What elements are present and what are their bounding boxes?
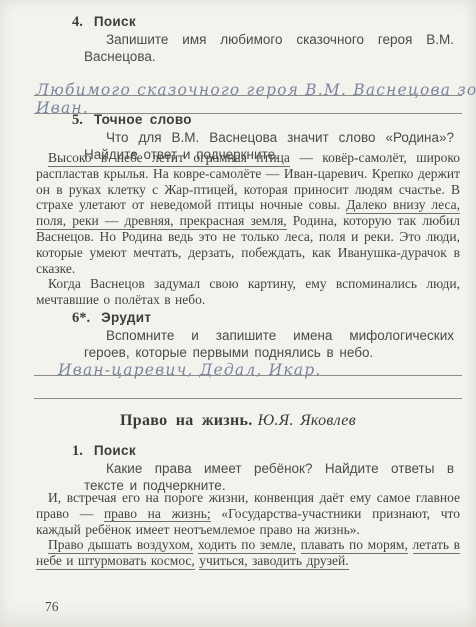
- answer-area-1: Любимого сказочного героя В.М. Васнецова…: [34, 77, 462, 114]
- passage-paragraph: И, встречая его на пороге жизни, конвенц…: [36, 490, 460, 537]
- passage-text: [408, 537, 413, 552]
- underlined-phrase: Высоко в небе летит огромная птица: [48, 150, 290, 167]
- passage-paragraph: Высоко в небе летит огромная птица — ков…: [36, 150, 460, 276]
- task-4: 4. Поиск Запишите имя любимого сказочног…: [72, 14, 454, 65]
- rights-passage: И, встречая его на пороге жизни, конвенц…: [36, 490, 460, 569]
- vasnetsov-passage: Высоко в небе летит огромная птица — ков…: [36, 150, 460, 308]
- task-5-header: 5. Точное слово: [72, 112, 454, 129]
- task-4-title: Поиск: [94, 14, 136, 29]
- task-5-number: 5.: [72, 112, 83, 129]
- task-5-title: Точное слово: [94, 112, 192, 127]
- task-4-body: Запишите имя любимого сказочного героя В…: [84, 32, 454, 65]
- passage-text: [296, 537, 301, 552]
- underlined-phrase: ходить по земле,: [198, 537, 296, 554]
- underlined-phrase: плавать по морям,: [301, 537, 408, 554]
- answer-area-2: Иван-царевич, Дедал, Икар.: [34, 354, 462, 399]
- story-title: Право на жизнь.Ю.Я. Яковлев: [0, 412, 476, 430]
- page-number: 76: [45, 599, 59, 615]
- task-1-header: 1. Поиск: [72, 443, 454, 460]
- underlined-phrase: учиться, заводить друзей.: [199, 553, 348, 570]
- task-1: 1. Поиск Какие права имеет ребёнок? Найд…: [72, 443, 454, 494]
- task-6-header: 6*. Эрудит: [72, 310, 454, 327]
- task-6-number: 6*.: [72, 310, 90, 327]
- passage-paragraph: Когда Васнецов задумал свою картину, ему…: [36, 276, 460, 308]
- workbook-page: 4. Поиск Запишите имя любимого сказочног…: [0, 0, 476, 627]
- underlined-phrase: Право дышать воздухом,: [48, 537, 193, 554]
- answer-blank-line[interactable]: Любимого сказочного героя В.М. Васнецова…: [34, 77, 462, 96]
- task-4-header: 4. Поиск: [72, 14, 454, 31]
- task-1-number: 1.: [72, 443, 83, 460]
- task-6-title: Эрудит: [101, 310, 151, 325]
- task-4-number: 4.: [72, 14, 83, 31]
- underlined-phrase: право на жизнь;: [104, 506, 211, 523]
- answer-blank-line[interactable]: [34, 376, 462, 399]
- story-author: Ю.Я. Яковлев: [258, 412, 356, 429]
- passage-paragraph: Право дышать воздухом, ходить по земле, …: [36, 537, 460, 569]
- answer-blank-line[interactable]: Иван-царевич, Дедал, Икар.: [34, 354, 462, 376]
- story-title-text: Право на жизнь.: [120, 412, 253, 429]
- task-1-title: Поиск: [94, 443, 136, 458]
